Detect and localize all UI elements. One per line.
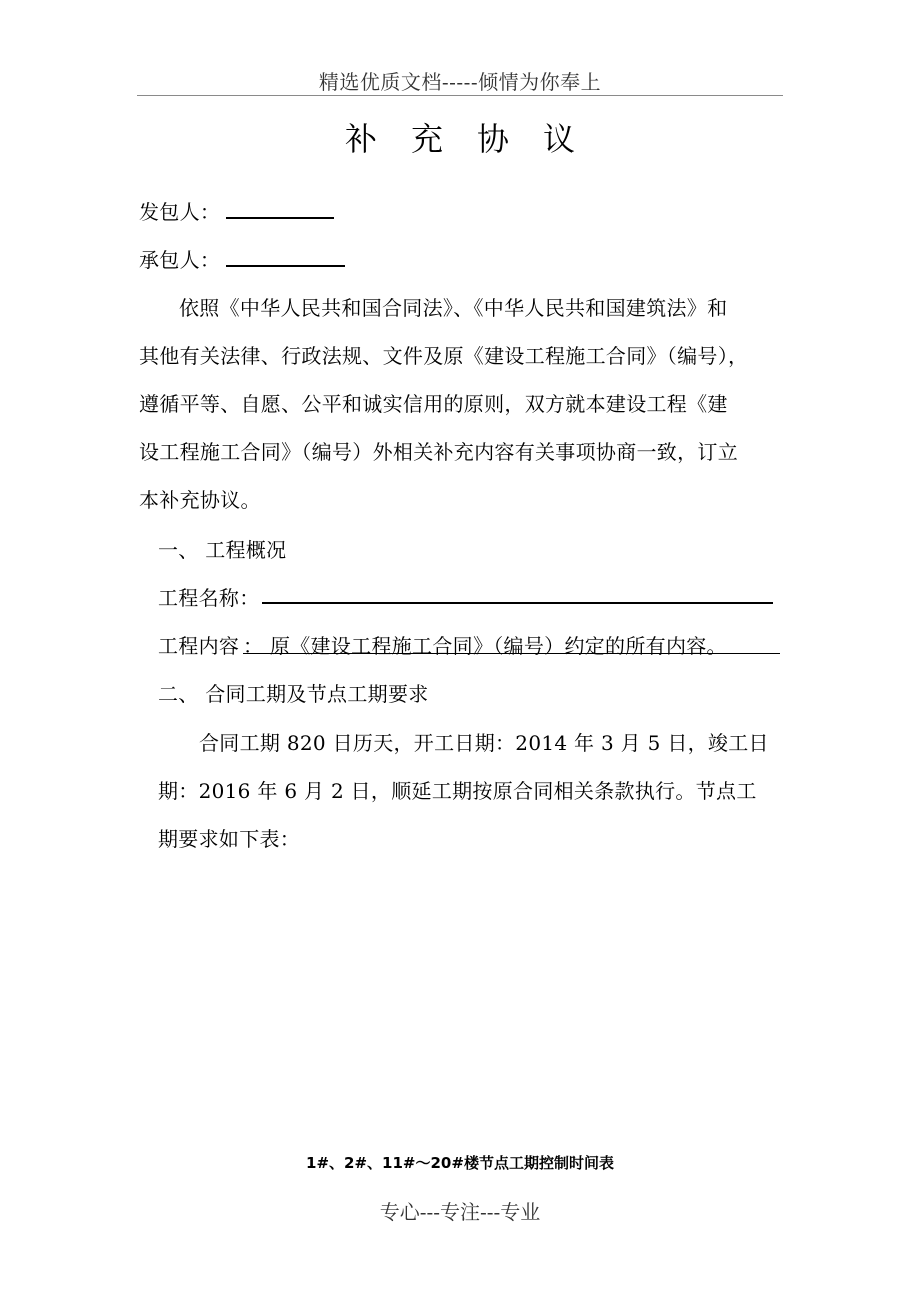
project-name-field[interactable] xyxy=(262,602,773,604)
document-title: 补充协议 xyxy=(0,114,920,160)
project-content-field[interactable]: ： 原《建设工程施工合同》（编号）约定的所有内容。 xyxy=(243,630,780,654)
schedule-line-1: 合同工期 820 日历天，开工日期：2014 年 3 月 5 日，竣工日 xyxy=(199,727,769,756)
contractor-label: 承包人： xyxy=(139,244,220,273)
employer-field[interactable] xyxy=(226,217,334,219)
project-name-label: 工程名称： xyxy=(158,582,260,611)
intro-line-4: 设工程施工合同》（编号）外相关补充内容有关事项协商一致，订立 xyxy=(139,436,779,465)
intro-line-3: 遵循平等、自愿、公平和诚实信用的原则，双方就本建设工程《建 xyxy=(139,388,779,417)
project-content-value: ： 原《建设工程施工合同》（编号）约定的所有内容。 xyxy=(243,634,727,658)
section-1-heading: 一、 工程概况 xyxy=(158,534,286,563)
page-footer: 专心---专注---专业 xyxy=(0,1196,920,1225)
table-title: 1#、2#、11#～20#楼节点工期控制时间表 xyxy=(0,1152,920,1173)
schedule-line-3: 期要求如下表： xyxy=(158,823,300,852)
section-2-heading: 二、 合同工期及节点工期要求 xyxy=(158,678,429,707)
intro-line-1: 依照《中华人民共和国合同法》、《中华人民共和国建筑法》和 xyxy=(179,292,727,321)
schedule-line-2: 期：2016 年 6 月 2 日，顺延工期按原合同相关条款执行。节点工 xyxy=(158,775,757,804)
contractor-field[interactable] xyxy=(226,265,345,267)
intro-line-5: 本补充协议。 xyxy=(139,484,779,513)
header-divider xyxy=(137,95,783,96)
intro-line-2: 其他有关法律、行政法规、文件及原《建设工程施工合同》（编号）， xyxy=(139,340,779,369)
project-content-label: 工程内容 xyxy=(158,630,239,659)
employer-label: 发包人： xyxy=(139,196,220,225)
page-header: 精选优质文档-----倾情为你奉上 xyxy=(0,66,920,95)
